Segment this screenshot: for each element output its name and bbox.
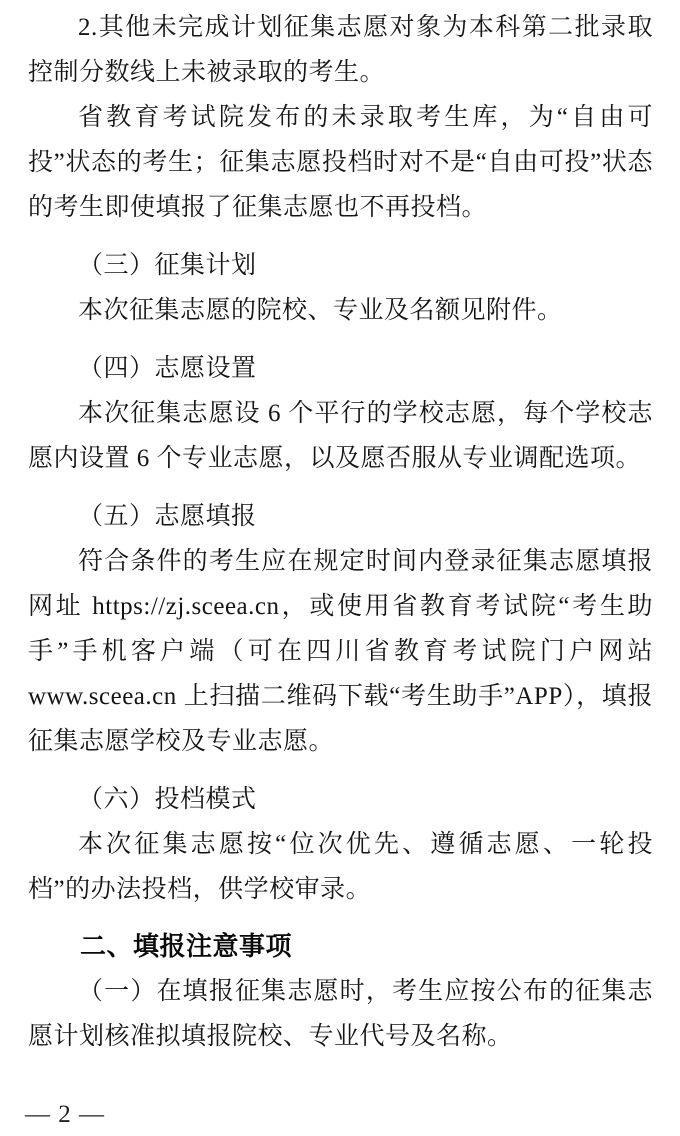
section-heading: 二、填报注意事项	[28, 924, 653, 969]
paragraph: （一）在填报征集志愿时，考生应按公布的征集志愿计划核准拟填报院校、专业代号及名称…	[28, 969, 653, 1059]
paragraph: 符合条件的考生应在规定时间内登录征集志愿填报网址 https://zj.scee…	[28, 539, 653, 764]
paragraph: 2.其他未完成计划征集志愿对象为本科第二批录取控制分数线上未被录取的考生。	[28, 5, 653, 95]
subsection-heading: （四）志愿设置	[28, 346, 653, 391]
paragraph: 本次征集志愿按“位次优先、遵循志愿、一轮投档”的办法投档，供学校审录。	[28, 822, 653, 912]
document-page: 2.其他未完成计划征集志愿对象为本科第二批录取控制分数线上未被录取的考生。省教育…	[0, 0, 680, 1136]
subsection-heading: （六）投档模式	[28, 777, 653, 822]
paragraph: 本次征集志愿设 6 个平行的学校志愿，每个学校志愿内设置 6 个专业志愿，以及愿…	[28, 391, 653, 481]
subsection-heading: （三）征集计划	[28, 243, 653, 288]
subsection-heading: （五）志愿填报	[28, 494, 653, 539]
page-number: — 2 —	[25, 1100, 105, 1130]
paragraph: 本次征集志愿的院校、专业及名额见附件。	[28, 288, 653, 333]
paragraph: 省教育考试院发布的未录取考生库，为“自由可投”状态的考生；征集志愿投档时对不是“…	[28, 95, 653, 230]
document-body: 2.其他未完成计划征集志愿对象为本科第二批录取控制分数线上未被录取的考生。省教育…	[28, 5, 653, 1059]
